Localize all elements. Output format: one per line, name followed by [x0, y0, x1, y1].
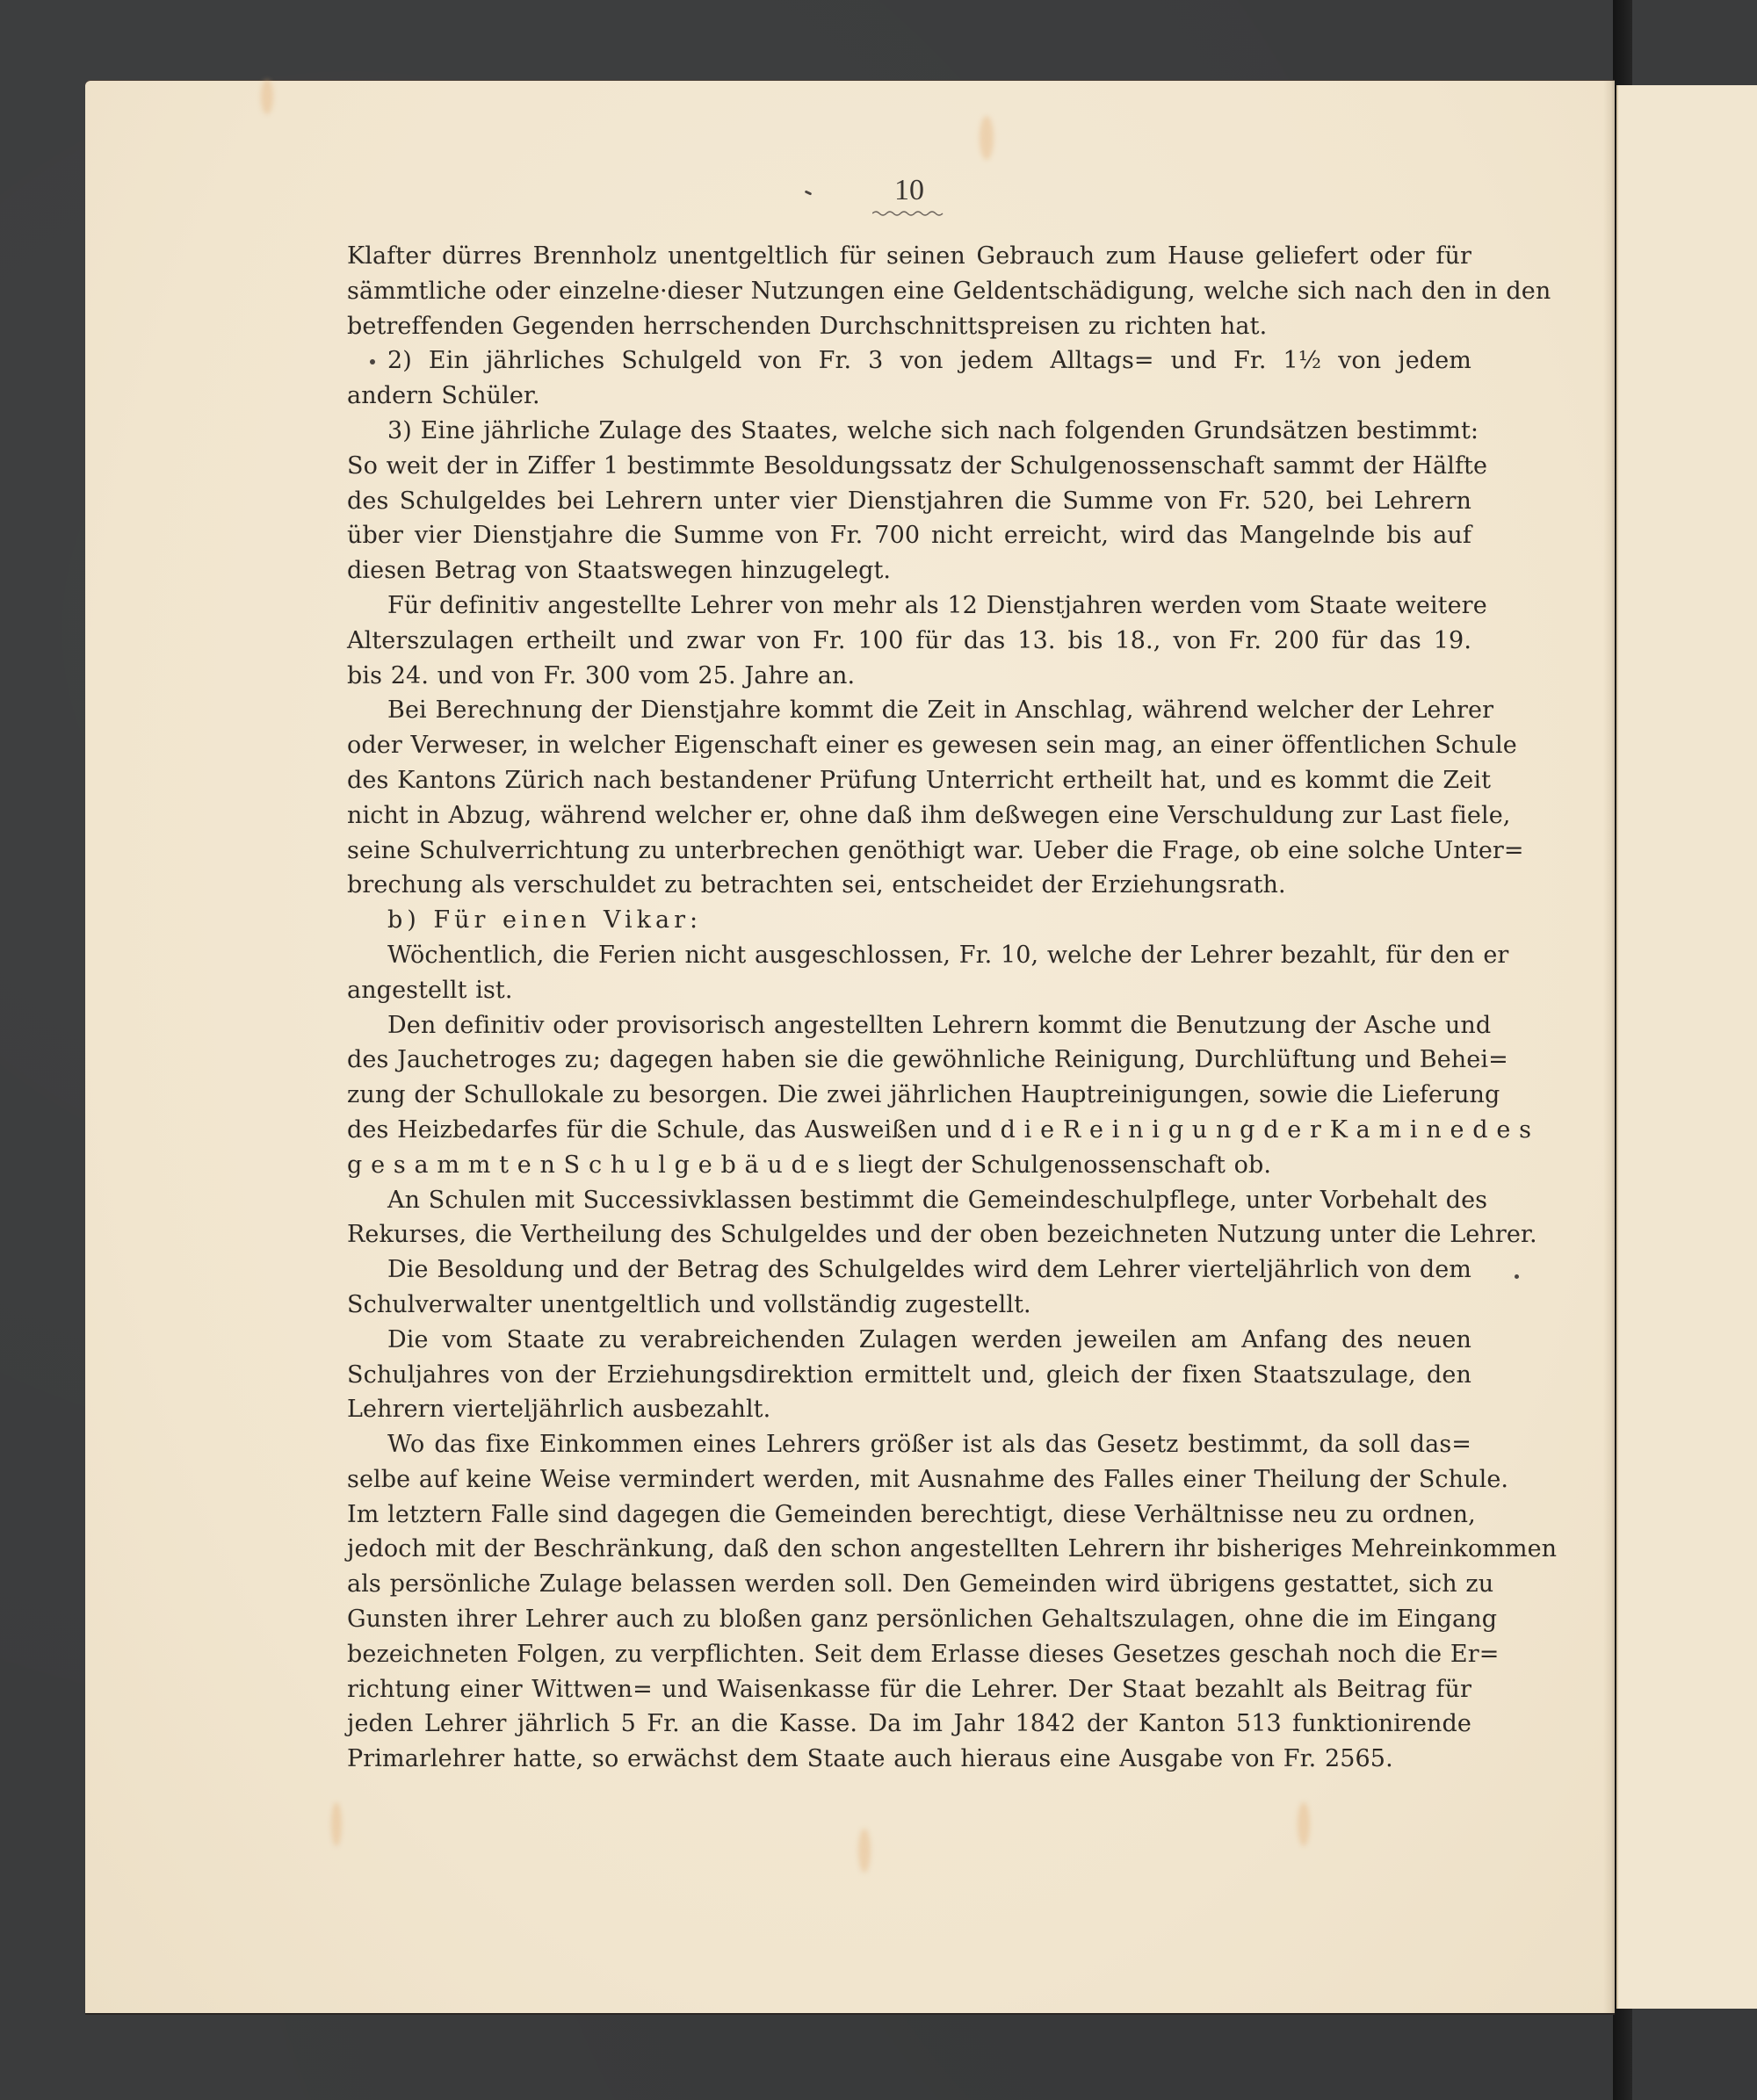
text-line: des Schulgeldes bei Lehrern unter vier D…	[347, 484, 1471, 519]
text-line: Wo das fixe Einkommen eines Lehrers größ…	[347, 1427, 1471, 1462]
text-line: Lehrern vierteljährlich ausbezahlt.	[347, 1392, 1471, 1427]
text-line: nicht in Abzug, während welcher er, ohne…	[347, 798, 1471, 834]
text-line: Im letztern Falle sind dagegen die Gemei…	[347, 1497, 1471, 1533]
text-line: selbe auf keine Weise vermindert werden,…	[347, 1462, 1471, 1497]
text-line: Die vom Staate zu verabreichenden Zulage…	[347, 1323, 1471, 1358]
paper-stain	[261, 79, 273, 114]
body-text: Klafter dürres Brennholz unentgeltlich f…	[347, 239, 1471, 1777]
text-line: diesen Betrag von Staatswegen hinzugeleg…	[347, 553, 1471, 588]
paper-stain	[1298, 1802, 1310, 1846]
text-line: zung der Schullokale zu besorgen. Die zw…	[347, 1078, 1471, 1113]
text-line: Die Besoldung und der Betrag des Schulge…	[347, 1252, 1471, 1288]
text-line: oder Verweser, in welcher Eigenschaft ei…	[347, 728, 1471, 763]
ink-dot	[1515, 1274, 1519, 1279]
text-line: richtung einer Wittwen= und Waisenkasse …	[347, 1672, 1471, 1707]
text-line: betreffenden Gegenden herrschenden Durch…	[347, 309, 1471, 344]
section-heading-vikar: b) Für einen Vikar:	[347, 903, 1471, 938]
text-line: des Kantons Zürich nach bestandener Prüf…	[347, 763, 1471, 798]
text-line: sämmtliche oder einzelne·dieser Nutzunge…	[347, 274, 1471, 309]
margin-bullet-mark	[370, 359, 375, 364]
page-number: 10	[883, 176, 936, 206]
text-line: jeden Lehrer jährlich 5 Fr. an die Kasse…	[347, 1707, 1471, 1742]
facing-page-edge	[1616, 85, 1757, 2009]
paper-stain	[858, 1829, 871, 1873]
text-line: Klafter dürres Brennholz unentgeltlich f…	[347, 239, 1471, 274]
text-line-content: 2) Ein jährliches Schulgeld von Fr. 3 vo…	[387, 347, 1471, 374]
text-line: bezeichneten Folgen, zu verpflichten. Se…	[347, 1637, 1471, 1672]
text-line: Bei Berechnung der Dienstjahre kommt die…	[347, 693, 1471, 728]
text-line: Gunsten ihrer Lehrer auch zu bloßen ganz…	[347, 1602, 1471, 1637]
text-line: Alterszulagen ertheilt und zwar von Fr. …	[347, 624, 1471, 659]
wavy-underline-ornament	[872, 209, 944, 218]
text-line: angestellt ist.	[347, 973, 1471, 1008]
text-line: So weit der in Ziffer 1 bestimmte Besold…	[347, 449, 1471, 484]
text-line: des Heizbedarfes für die Schule, das Aus…	[347, 1113, 1471, 1148]
text-line: als persönliche Zulage belassen werden s…	[347, 1567, 1471, 1602]
paper-stain	[980, 116, 994, 160]
paper-stain	[331, 1802, 342, 1846]
text-line: An Schulen mit Successivklassen bestimmt…	[347, 1183, 1471, 1218]
text-line: Den definitiv oder provisorisch angestel…	[347, 1008, 1471, 1043]
text-line: andern Schüler.	[347, 379, 1471, 414]
text-line: g e s a m m t e n S c h u l g e b ä u d …	[347, 1148, 1471, 1183]
text-line: Primarlehrer hatte, so erwächst dem Staa…	[347, 1742, 1471, 1777]
text-line: bis 24. und von Fr. 300 vom 25. Jahre an…	[347, 659, 1471, 694]
text-line: jedoch mit der Beschränkung, daß den sch…	[347, 1532, 1471, 1567]
text-line: Wöchentlich, die Ferien nicht ausgeschlo…	[347, 938, 1471, 973]
text-line: 2) Ein jährliches Schulgeld von Fr. 3 vo…	[347, 343, 1471, 379]
text-line: Schuljahres von der Erziehungsdirektion …	[347, 1358, 1471, 1393]
text-line: seine Schulverrichtung zu unterbrechen g…	[347, 834, 1471, 869]
text-line: des Jauchetroges zu; dagegen haben sie d…	[347, 1043, 1471, 1078]
page-gutter-shadow	[1603, 81, 1615, 2013]
text-line: Für definitiv angestellte Lehrer von meh…	[347, 588, 1471, 624]
text-line: Rekurses, die Vertheilung des Schulgelde…	[347, 1217, 1471, 1252]
text-line: über vier Dienstjahre die Summe von Fr. …	[347, 518, 1471, 553]
text-line: Schulverwalter unentgeltlich und vollstä…	[347, 1288, 1471, 1323]
text-line: 3) Eine jährliche Zulage des Staates, we…	[347, 414, 1471, 449]
text-line: brechung als verschuldet zu betrachten s…	[347, 868, 1471, 903]
